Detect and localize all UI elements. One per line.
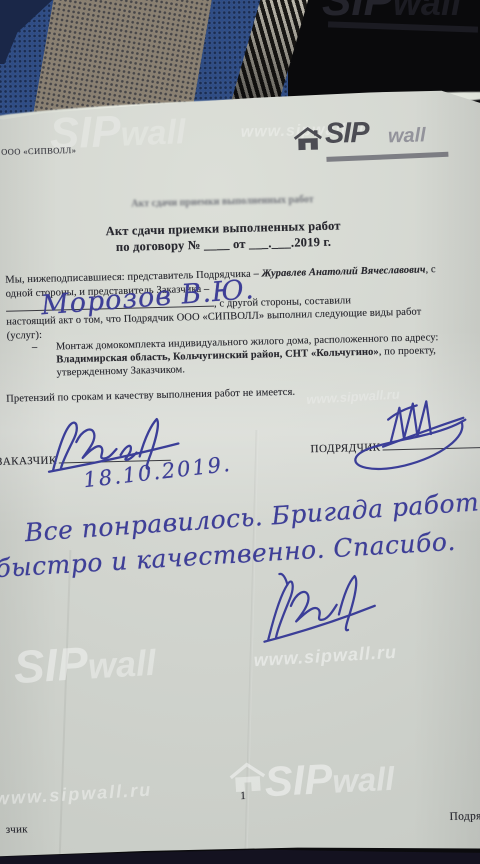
sipwall-logo: SIP wall xyxy=(292,114,469,170)
contractor-full-name: Журавлев Анатолий Вячеславович xyxy=(262,264,426,279)
company-name: ООО «СИПВОЛЛ» xyxy=(1,145,76,157)
body-line-5: (услуг): xyxy=(7,330,43,342)
show-through-text: Акт сдачи приемки выполненных работ xyxy=(0,191,449,213)
house-icon xyxy=(293,126,324,153)
logo-wall-text: wall xyxy=(388,124,426,148)
bullet-marker: – xyxy=(32,342,38,353)
document-content: SIPwall www.sipwall.ru www.sipwall.ru SI… xyxy=(0,0,480,864)
photo-of-document: SIPwall SIPwall www.sipwall.ru www.sipwa… xyxy=(0,0,480,864)
document-paper: SIPwall www.sipwall.ru www.sipwall.ru SI… xyxy=(0,0,480,864)
logo-tagline-bar xyxy=(326,152,448,162)
review-signature xyxy=(238,569,385,651)
sipwall-watermark-middle: SIPwall xyxy=(12,632,157,694)
logo-sip-text: SIP xyxy=(324,117,369,151)
contractor-signature xyxy=(317,396,474,482)
footer-contractor-partial: Подрядч xyxy=(449,810,480,823)
bullet-line-3: утвержденному Заказчиком. xyxy=(56,364,185,378)
claims-statement: Претензий по срокам и качеству выполнени… xyxy=(6,387,295,405)
bag-wall-text: wall xyxy=(393,0,461,23)
footer-customer-partial: зчик xyxy=(6,823,28,836)
